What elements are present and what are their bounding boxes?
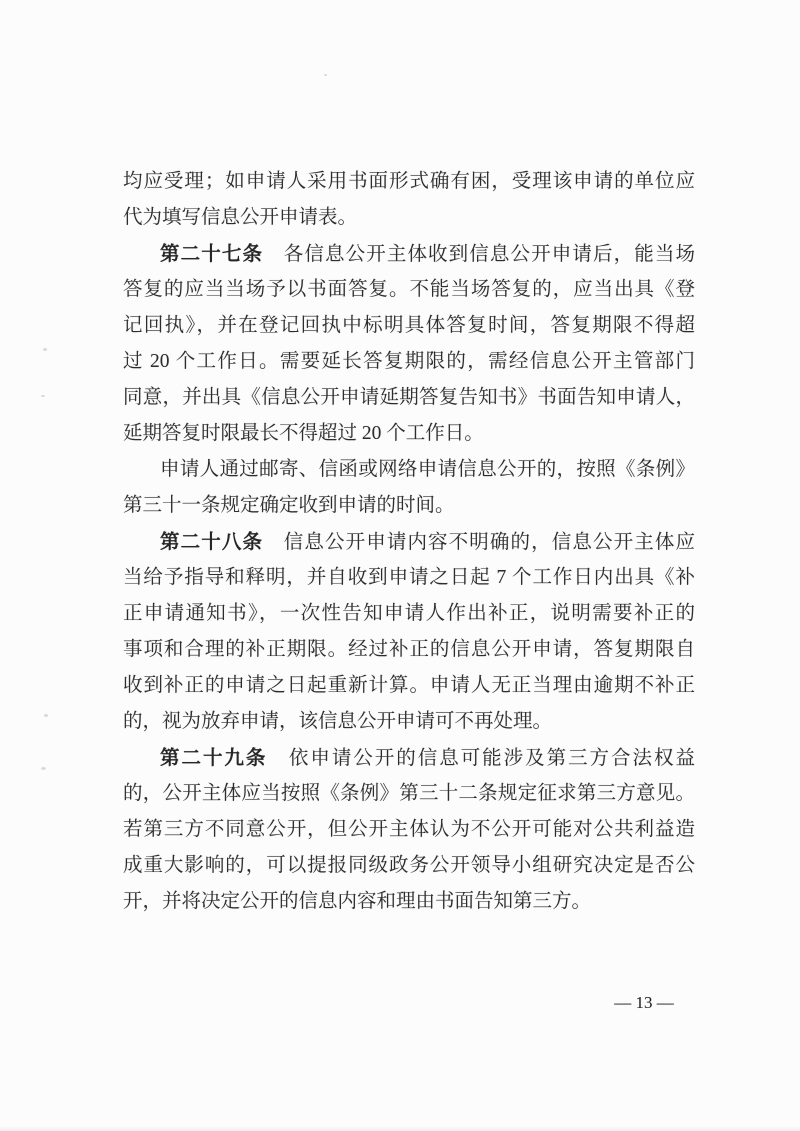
text-segment: 的，视为放弃申请，该信息公开申请可不再处理。 [123, 711, 552, 732]
article-number-heading: 第二十七条 [160, 243, 263, 265]
text-segment: 当给予指导和释明，并自收到申请之日起 7 个工作日内出具《补 [123, 567, 695, 588]
text-segment: 收到补正的申请之日起重新计算。申请人无正当理由逾期不补正 [123, 675, 695, 696]
text-segment: 成重大影响的，可以提报同级政务公开领导小组研究决定是否公 [123, 855, 695, 876]
text-segment: 正申请通知书》，一次性告知申请人作出补正，说明需要补正的 [123, 603, 695, 624]
text-segment: 开，并将决定公开的信息内容和理由书面告知第三方。 [123, 891, 591, 912]
text-line: 若第三方不同意公开，但公开主体认为不公开可能对公共利益造 [123, 812, 695, 848]
text-line: 答复的应当当场予以书面答复。不能当场答复的，应当出具《登 [123, 272, 695, 308]
text-line: 同意，并出具《信息公开申请延期答复告知书》书面告知申请人， [123, 380, 695, 416]
text-segment: 信息公开申请内容不明确的，信息公开主体应 [263, 532, 695, 553]
scan-edge-artifact [0, 1126, 800, 1131]
text-line: 代为填写信息公开申请表。 [123, 200, 695, 236]
text-line: 的，视为放弃申请，该信息公开申请可不再处理。 [123, 704, 695, 740]
page-number: — 13 — [596, 991, 692, 1015]
article-number-heading: 第二十八条 [160, 531, 263, 553]
text-line: 第二十八条 信息公开申请内容不明确的，信息公开主体应 [123, 524, 695, 560]
text-segment: 答复的应当当场予以书面答复。不能当场答复的，应当出具《登 [123, 279, 695, 300]
text-line: 事项和合理的补正期限。经过补正的信息公开申请，答复期限自 [123, 632, 695, 668]
text-line: 记回执》，并在登记回执中标明具体答复时间，答复期限不得超 [123, 308, 695, 344]
article-number-heading: 第二十九条 [160, 747, 267, 769]
text-segment: 同意，并出具《信息公开申请延期答复告知书》书面告知申请人， [123, 387, 695, 408]
text-line: 第三十一条规定确定收到申请的时间。 [123, 488, 695, 524]
text-line: 第二十九条 依申请公开的信息可能涉及第三方合法权益 [123, 740, 695, 776]
text-segment: 过 20 个工作日。需要延长答复期限的，需经信息公开主管部门 [123, 351, 695, 372]
text-segment: 代为填写信息公开申请表。 [123, 207, 357, 228]
scan-speck [44, 714, 48, 717]
scan-speck [324, 74, 327, 76]
text-line: 的，公开主体应当按照《条例》第三十二条规定征求第三方意见。 [123, 776, 695, 812]
text-line: 成重大影响的，可以提报同级政务公开领导小组研究决定是否公 [123, 848, 695, 884]
text-segment: 的，公开主体应当按照《条例》第三十二条规定征求第三方意见。 [123, 783, 695, 804]
scan-speck [41, 767, 46, 770]
text-line: 开，并将决定公开的信息内容和理由书面告知第三方。 [123, 884, 695, 920]
text-line: 收到补正的申请之日起重新计算。申请人无正当理由逾期不补正 [123, 668, 695, 704]
text-line: 延期答复时限最长不得超过 20 个工作日。 [123, 416, 695, 452]
scan-speck [41, 395, 45, 397]
text-segment: 申请人通过邮寄、信函或网络申请信息公开的，按照《条例》 [160, 459, 695, 480]
text-line: 当给予指导和释明，并自收到申请之日起 7 个工作日内出具《补 [123, 560, 695, 596]
text-segment: 各信息公开主体收到信息公开申请后，能当场 [263, 244, 695, 265]
scan-speck [43, 348, 47, 351]
text-line: 申请人通过邮寄、信函或网络申请信息公开的，按照《条例》 [123, 452, 695, 488]
text-segment: 记回执》，并在登记回执中标明具体答复时间，答复期限不得超 [123, 315, 695, 336]
text-segment: 第三十一条规定确定收到申请的时间。 [123, 495, 455, 516]
text-segment: 若第三方不同意公开，但公开主体认为不公开可能对公共利益造 [123, 819, 695, 840]
document-page: 均应受理；如申请人采用书面形式确有困，受理该申请的单位应代为填写信息公开申请表。… [0, 0, 800, 1131]
text-block: 均应受理；如申请人采用书面形式确有困，受理该申请的单位应代为填写信息公开申请表。… [123, 164, 695, 920]
text-line: 第二十七条 各信息公开主体收到信息公开申请后，能当场 [123, 236, 695, 272]
text-line: 正申请通知书》，一次性告知申请人作出补正，说明需要补正的 [123, 596, 695, 632]
text-segment: 事项和合理的补正期限。经过补正的信息公开申请，答复期限自 [123, 639, 695, 660]
text-segment: 依申请公开的信息可能涉及第三方合法权益 [267, 748, 695, 769]
text-line: 均应受理；如申请人采用书面形式确有困，受理该申请的单位应 [123, 164, 695, 200]
text-line: 过 20 个工作日。需要延长答复期限的，需经信息公开主管部门 [123, 344, 695, 380]
text-segment: 延期答复时限最长不得超过 20 个工作日。 [123, 423, 484, 444]
text-segment: 均应受理；如申请人采用书面形式确有困，受理该申请的单位应 [123, 171, 695, 192]
